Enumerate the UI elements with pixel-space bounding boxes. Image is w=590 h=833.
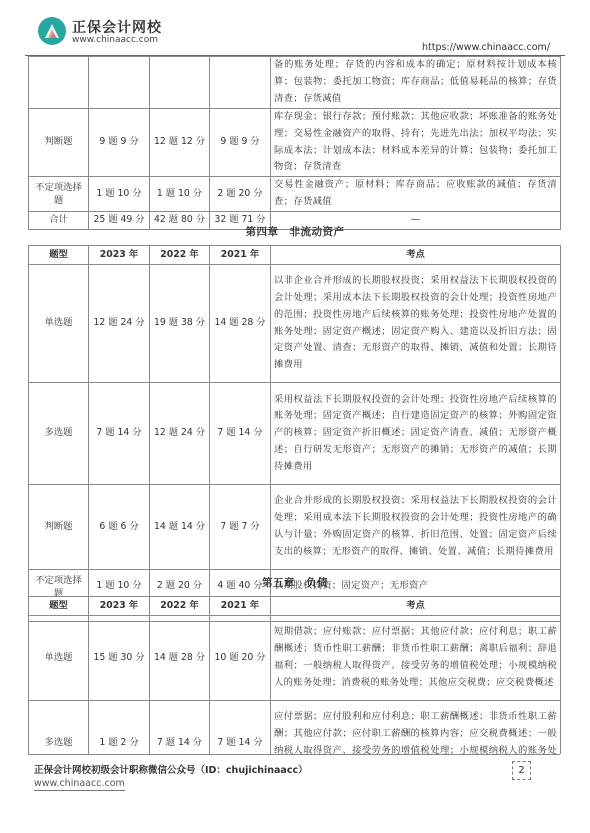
cell-2022: 14 题 28 分 xyxy=(150,616,210,701)
header-2021: 2021 年 xyxy=(210,246,271,265)
chapter4-title: 第四章 非流动资产 xyxy=(0,224,590,239)
table-row: 单选题 12 题 24 分 19 题 38 分 14 题 28 分 以非企业合并… xyxy=(29,265,561,383)
table-row: 备的账务处理；存货的内容和成本的确定；原材料按计划成本核算；包装物；委托加工物资… xyxy=(29,57,561,109)
cell-2021: 14 题 28 分 xyxy=(210,265,271,383)
cell-2021: 7 题 14 分 xyxy=(210,383,271,485)
header-2021: 2021 年 xyxy=(210,597,271,616)
table-row: 单选题 15 题 30 分 14 题 28 分 10 题 20 分 短期借款；应… xyxy=(29,616,561,701)
header-2022: 2022 年 xyxy=(150,597,210,616)
header-points: 考点 xyxy=(271,597,561,616)
footer-url[interactable]: www.chinaacc.com xyxy=(34,778,125,791)
page-number: 2 xyxy=(512,761,531,780)
brand-name: 正保会计网校 xyxy=(72,17,162,37)
cell-2021: 7 题 7 分 xyxy=(210,485,271,570)
cell-points: 采用权益法下长期股权投资的会计处理；投资性房地产后续核算的账务处理；固定资产概述… xyxy=(271,383,561,485)
header-points: 考点 xyxy=(271,246,561,265)
header-2022: 2022 年 xyxy=(150,246,210,265)
table-row: 判断题 9 题 9 分 12 题 12 分 9 题 9 分 库存现金；银行存款；… xyxy=(29,109,561,177)
cell-type: 不定项选择题 xyxy=(29,177,89,212)
cell-2021: 10 题 20 分 xyxy=(210,616,271,701)
cell-type: 判断题 xyxy=(29,485,89,570)
cell-2022: 1 题 10 分 xyxy=(150,177,210,212)
cell-2021: 9 题 9 分 xyxy=(210,109,271,177)
footer-wechat: 正保会计网校初级会计职称微信公众号（ID：chujichinaacc） xyxy=(34,762,308,776)
chapter3-table-continued: 备的账务处理；存货的内容和成本的确定；原材料按计划成本核算；包装物；委托加工物资… xyxy=(28,56,561,230)
logo-icon xyxy=(38,17,66,45)
cell-2023: 6 题 6 分 xyxy=(89,485,150,570)
cell-2023: 9 题 9 分 xyxy=(89,109,150,177)
site-url[interactable]: https://www.chinaacc.com/ xyxy=(422,42,550,53)
cell-2022 xyxy=(150,57,210,109)
cell-2021: 2 题 20 分 xyxy=(210,177,271,212)
header-type: 题型 xyxy=(29,597,89,616)
cell-2022: 12 题 12 分 xyxy=(150,109,210,177)
cell-points: 短期借款；应付账款；应付票据；其他应付款；应付利息；职工薪酬概述；货币性职工薪酬… xyxy=(271,616,561,701)
cell-type xyxy=(29,57,89,109)
cell-points: 交易性金融资产；原材料；库存商品；应收账款的减值；存货清查；存货减值 xyxy=(271,177,561,212)
cell-type: 单选题 xyxy=(29,265,89,383)
table-row: 不定项选择题 1 题 10 分 1 题 10 分 2 题 20 分 交易性金融资… xyxy=(29,177,561,212)
cell-2023: 1 题 10 分 xyxy=(89,177,150,212)
cell-2022: 19 题 38 分 xyxy=(150,265,210,383)
table-header-row: 题型 2023 年 2022 年 2021 年 考点 xyxy=(29,597,561,616)
header-2023: 2023 年 xyxy=(89,246,150,265)
chapter4-table: 题型 2023 年 2022 年 2021 年 考点 单选题 12 题 24 分… xyxy=(28,245,561,622)
cell-type: 单选题 xyxy=(29,616,89,701)
cell-points: 库存现金；银行存款；预付账款；其他应收款；坏账准备的账务处理；交易性金融资产的取… xyxy=(271,109,561,177)
brand-url[interactable]: www.chinaacc.com xyxy=(72,35,158,45)
table-header-row: 题型 2023 年 2022 年 2021 年 考点 xyxy=(29,246,561,265)
cell-2021 xyxy=(210,57,271,109)
table-row: 多选题 7 题 14 分 12 题 24 分 7 题 14 分 采用权益法下长期… xyxy=(29,383,561,485)
cell-2023 xyxy=(89,57,150,109)
cell-2023: 12 题 24 分 xyxy=(89,265,150,383)
cell-2022: 14 题 14 分 xyxy=(150,485,210,570)
table-row: 判断题 6 题 6 分 14 题 14 分 7 题 7 分 企业合并形成的长期股… xyxy=(29,485,561,570)
header-2023: 2023 年 xyxy=(89,597,150,616)
cell-2022: 12 题 24 分 xyxy=(150,383,210,485)
cell-points: 备的账务处理；存货的内容和成本的确定；原材料按计划成本核算；包装物；委托加工物资… xyxy=(271,57,561,109)
cell-type: 多选题 xyxy=(29,383,89,485)
header-type: 题型 xyxy=(29,246,89,265)
table-cut-line xyxy=(28,754,560,755)
chapter5-title: 第五章 负债 xyxy=(0,575,590,590)
cell-points: 以非企业合并形成的长期股权投资；采用权益法下长期股权投资的会计处理；采用成本法下… xyxy=(271,265,561,383)
cell-type: 判断题 xyxy=(29,109,89,177)
cell-2023: 7 题 14 分 xyxy=(89,383,150,485)
cell-2023: 15 题 30 分 xyxy=(89,616,150,701)
cell-points: 企业合并形成的长期股权投资；采用权益法下长期股权投资的会计处理；采用成本法下长期… xyxy=(271,485,561,570)
page-header: 正保会计网校 www.chinaacc.com https://www.chin… xyxy=(0,0,590,55)
